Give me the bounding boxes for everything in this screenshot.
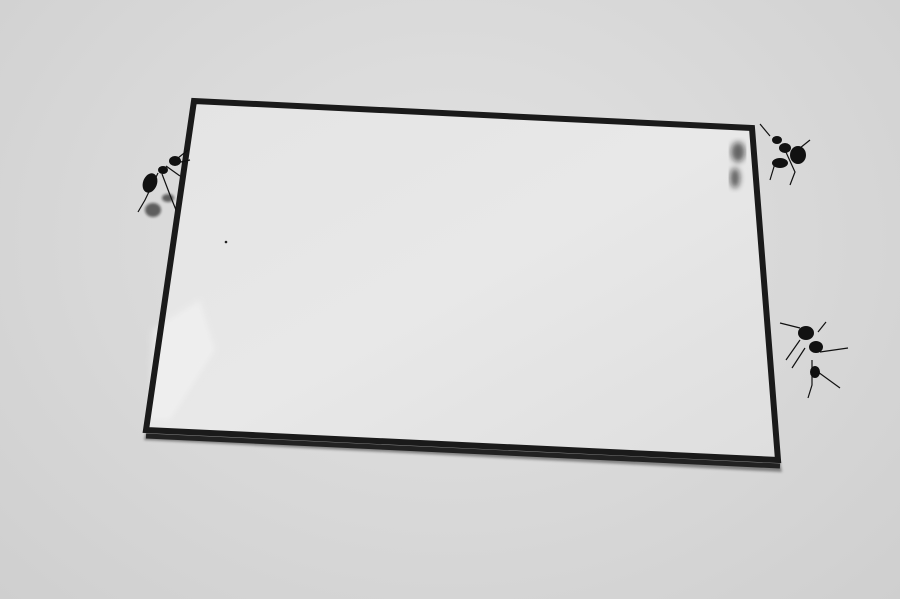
glass-pane [146,101,778,460]
ant-right [780,322,848,398]
speck [225,241,228,244]
photo-scene: Black-and-white photograph of a thin dar… [0,0,900,599]
photo-drawing [0,0,900,599]
